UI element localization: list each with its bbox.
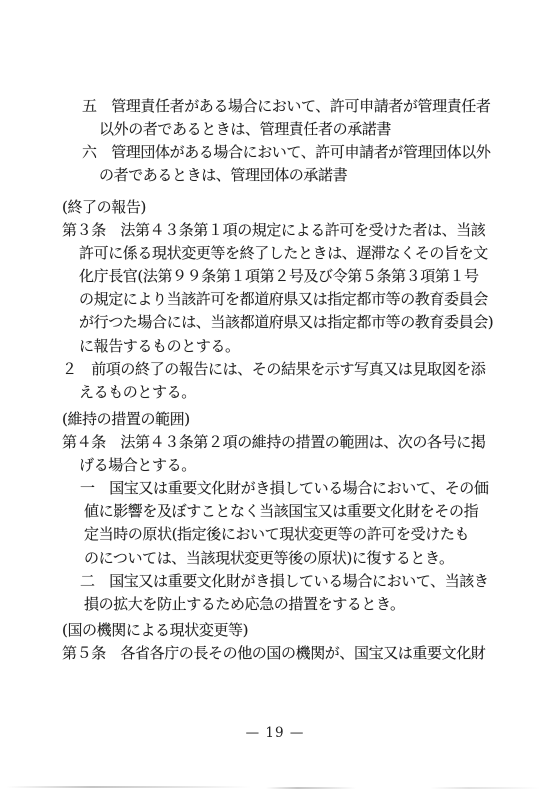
text-line: 以外の者であるときは、管理責任者の承諾書: [99, 118, 530, 141]
article-line: 第５条 各省各庁の長その他の国の機関が、国宝又は重要文化財: [62, 642, 530, 665]
text-line: の者であるときは、管理団体の承諾書: [99, 164, 530, 187]
paragraph-2-line: ２ 前項の終了の報告には、その結果を示す写真又は見取図を添: [62, 358, 530, 381]
text-line: 定当時の原状(指定後において現状変更等の許可を受けたも: [84, 523, 530, 546]
article-5-block: (国の機関による現状変更等) 第５条 各省各庁の長その他の国の機関が、国宝又は重…: [62, 619, 530, 665]
scan-artifact-line: [430, 787, 540, 789]
scan-artifact-speck: [100, 256, 102, 258]
article-line: 第３条 法第４３条第１項の規定による許可を受けた者は、当該: [62, 219, 530, 242]
text-line: に報告するものとする。: [79, 335, 530, 358]
page-number: — 19 —: [0, 725, 550, 741]
text-line: の規定により当該許可を都道府県又は指定都市等の教育委員会: [79, 288, 530, 311]
text-line: げる場合とする。: [79, 454, 530, 477]
text-line: のについては、当該現状変更等後の原状)に復するとき。: [84, 547, 530, 570]
text-line: 値に影響を及ぼすことなく当該国宝又は重要文化財をその指: [84, 500, 530, 523]
list-item-line: 一 国宝又は重要文化財がき損している場合において、その価: [80, 477, 530, 500]
article-4-block: (維持の措置の範囲) 第４条 法第４３条第２項の維持の措置の範囲は、次の各号に掲…: [62, 408, 530, 616]
section-heading: (終了の報告): [62, 196, 530, 219]
section-heading: (国の機関による現状変更等): [62, 619, 530, 642]
list-item-line: 二 国宝又は重要文化財がき損している場合において、当該き: [80, 570, 530, 593]
text-line: が行つた場合には、当該都道府県又は指定都市等の教育委員会): [79, 311, 530, 334]
article-3-block: (終了の報告) 第３条 法第４３条第１項の規定による許可を受けた者は、当該 許可…: [62, 196, 530, 404]
article-line: 第４条 法第４３条第２項の維持の措置の範囲は、次の各号に掲: [62, 431, 530, 454]
text-line: えるものとする。: [79, 381, 530, 404]
document-page: 五 管理責任者がある場合において、許可申請者が管理責任者 以外の者であるときは、…: [0, 0, 550, 792]
section-heading: (維持の措置の範囲): [62, 408, 530, 431]
list-item-line: 六 管理団体がある場合において、許可申請者が管理団体以外: [82, 141, 530, 164]
scan-artifact-line: [6, 786, 251, 788]
text-line: 損の拡大を防止するため応急の措置をするとき。: [84, 593, 530, 616]
text-line: 化庁長官(法第９９条第１項第２号及び令第５条第３項第１号: [79, 265, 530, 288]
list-block-items-5-6: 五 管理責任者がある場合において、許可申請者が管理責任者 以外の者であるときは、…: [62, 95, 530, 187]
list-item-line: 五 管理責任者がある場合において、許可申請者が管理責任者: [82, 95, 530, 118]
scan-artifact-line: [266, 787, 356, 789]
text-line: 許可に係る現状変更等を終了したときは、遅滞なくその旨を文: [79, 242, 530, 265]
